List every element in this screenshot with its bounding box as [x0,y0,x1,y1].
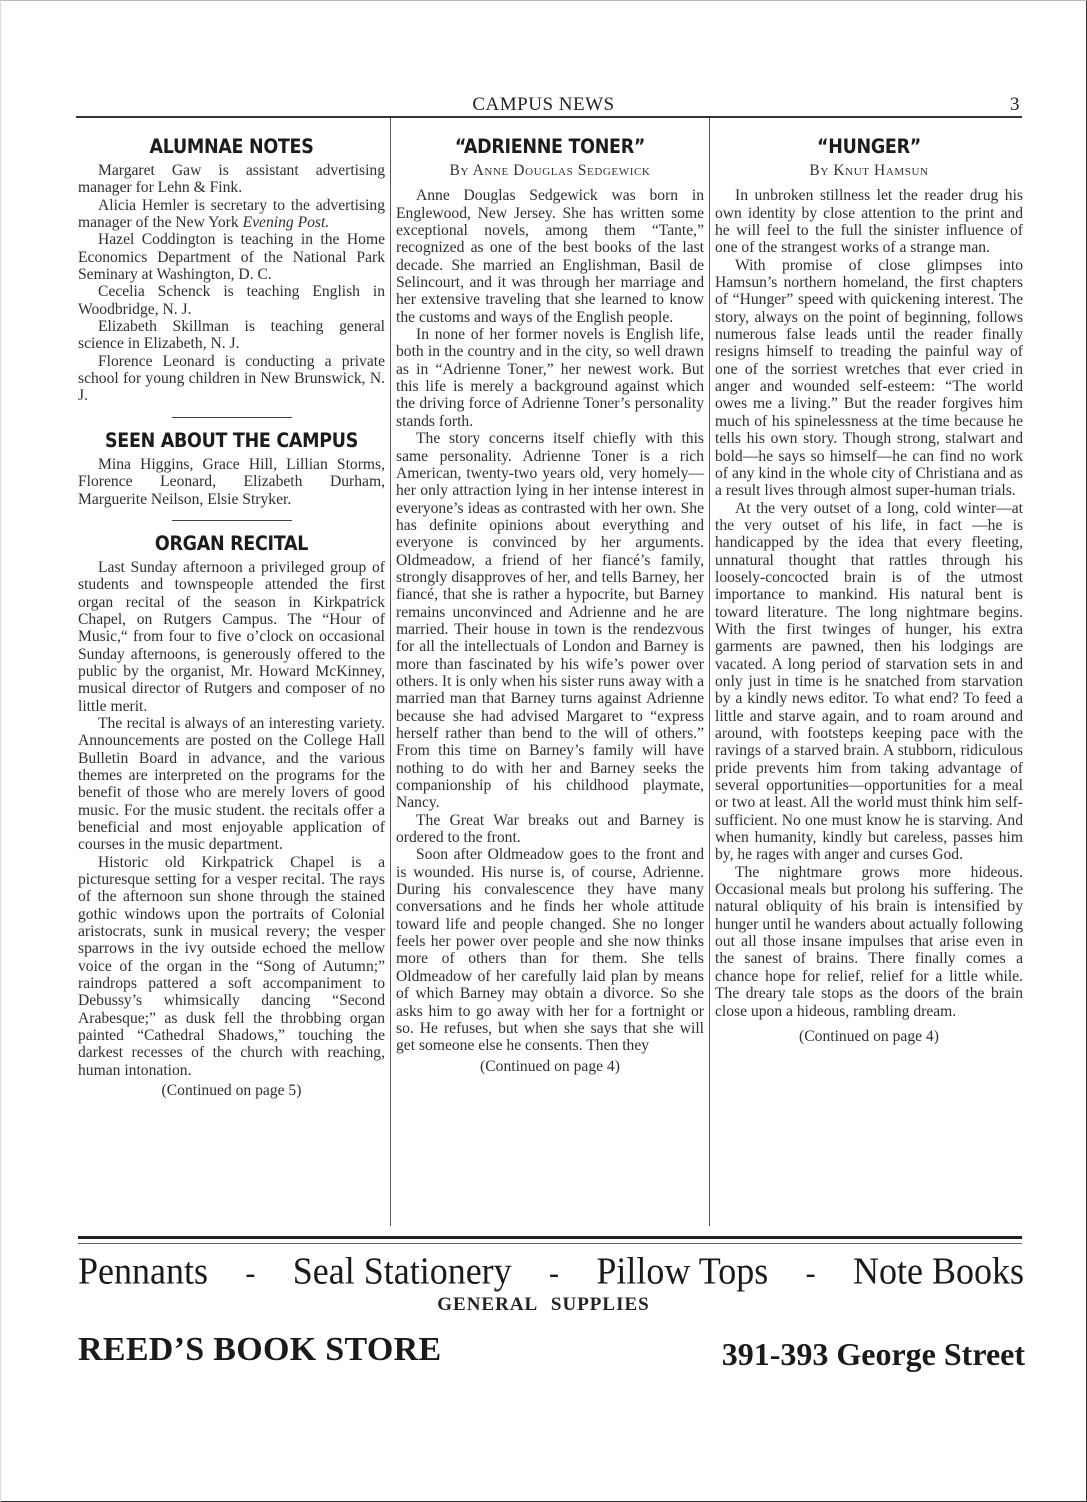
paragraph: In none of her former novels is English … [396,326,704,430]
paragraph: Anne Douglas Sedgewick was born in Engle… [396,187,704,326]
paragraph: Elizabeth Skillman is teaching general s… [78,318,385,353]
ad-item-pillow-tops: Pillow Tops [596,1249,768,1293]
ad-subtitle: GENERAL SUPPLIES [0,1294,1087,1316]
paragraph: Soon after Oldmeadow goes to the front a… [396,846,704,1054]
paragraph: Cecelia Schenck is teaching English in W… [78,283,385,318]
column-divider-1 [390,118,391,1226]
paragraph: Alicia Hemler is secretary to the advert… [78,197,385,232]
ad-separator: - [549,1256,559,1292]
paragraph: Hazel Coddington is teaching in the Home… [78,231,385,283]
ad-separator: - [806,1256,816,1292]
continued-notice: (Continued on page 4) [396,1058,704,1075]
headline-hunger: “HUNGER” [715,136,1023,158]
paragraph: Historic old Kirkpatrick Chapel is a pic… [78,854,385,1079]
ad-rule-thin [78,1243,1022,1244]
paragraph: In unbroken stillness let the reader dru… [715,187,1023,256]
article-adrienne-toner: “ADRIENNE TONER” By Anne Douglas Sedgewi… [396,136,704,1075]
column-divider-2 [709,118,710,1226]
paragraph: At the very outset of a long, cold winte… [715,500,1023,864]
paragraph: Florence Leonard is conducting a private… [78,353,385,405]
headline-adrienne-toner: “ADRIENNE TONER” [396,136,704,158]
column-left: ALUMNAE NOTES Margaret Gaw is assistant … [78,132,385,1100]
continued-notice: (Continued on page 4) [715,1028,1023,1045]
paragraph: Margaret Gaw is assistant advertising ma… [78,162,385,197]
paragraph: Last Sunday afternoon a privileged group… [78,559,385,715]
headline-seen-about-campus: SEEN ABOUT THE CAMPUS [78,430,385,452]
section-divider [172,417,292,418]
header-rule [76,116,1022,118]
paragraph: The story concerns itself chiefly with t… [396,430,704,812]
headline-organ-recital: ORGAN RECITAL [78,533,385,555]
paragraph: The recital is always of an interesting … [78,715,385,854]
page-number: 3 [1010,94,1020,116]
ad-rule-thick [78,1236,1022,1242]
byline: By Knut Hamsun [715,162,1023,179]
paragraph-text: Alicia Hemler is secretary to the advert… [78,197,385,231]
section-divider [172,520,292,521]
ad-store-name: REED’S BOOK STORE [78,1331,441,1369]
ad-product-line: Pennants - Seal Stationery - Pillow Tops… [78,1249,1024,1293]
article-organ-recital: ORGAN RECITAL Last Sunday afternoon a pr… [78,533,385,1100]
ad-item-pennants: Pennants [78,1249,208,1293]
ad-store-address: 391-393 George Street [722,1336,1025,1373]
paragraph: The Great War breaks out and Barney is o… [396,812,704,847]
headline-alumnae-notes: ALUMNAE NOTES [78,136,385,158]
article-seen-about-campus: SEEN ABOUT THE CAMPUS Mina Higgins, Grac… [78,430,385,508]
column-middle: “ADRIENNE TONER” By Anne Douglas Sedgewi… [396,132,704,1075]
continued-notice: (Continued on page 5) [78,1082,385,1099]
paragraph: The nightmare grows more hideous. Occasi… [715,864,1023,1020]
ad-item-seal-stationery: Seal Stationery [293,1249,512,1293]
article-alumnae-notes: ALUMNAE NOTES Margaret Gaw is assistant … [78,136,385,405]
paragraph: With promise of close glimpses into Hams… [715,257,1023,500]
ad-separator: - [245,1256,255,1292]
running-head: CAMPUS NEWS [0,94,1087,116]
publication-name: Evening Post. [243,214,330,231]
column-right: “HUNGER” By Knut Hamsun In unbroken stil… [715,132,1023,1045]
ad-item-note-books: Note Books [853,1249,1024,1293]
article-hunger: “HUNGER” By Knut Hamsun In unbroken stil… [715,136,1023,1045]
paragraph: Mina Higgins, Grace Hill, Lillian Storms… [78,456,385,508]
byline: By Anne Douglas Sedgewick [396,162,704,179]
